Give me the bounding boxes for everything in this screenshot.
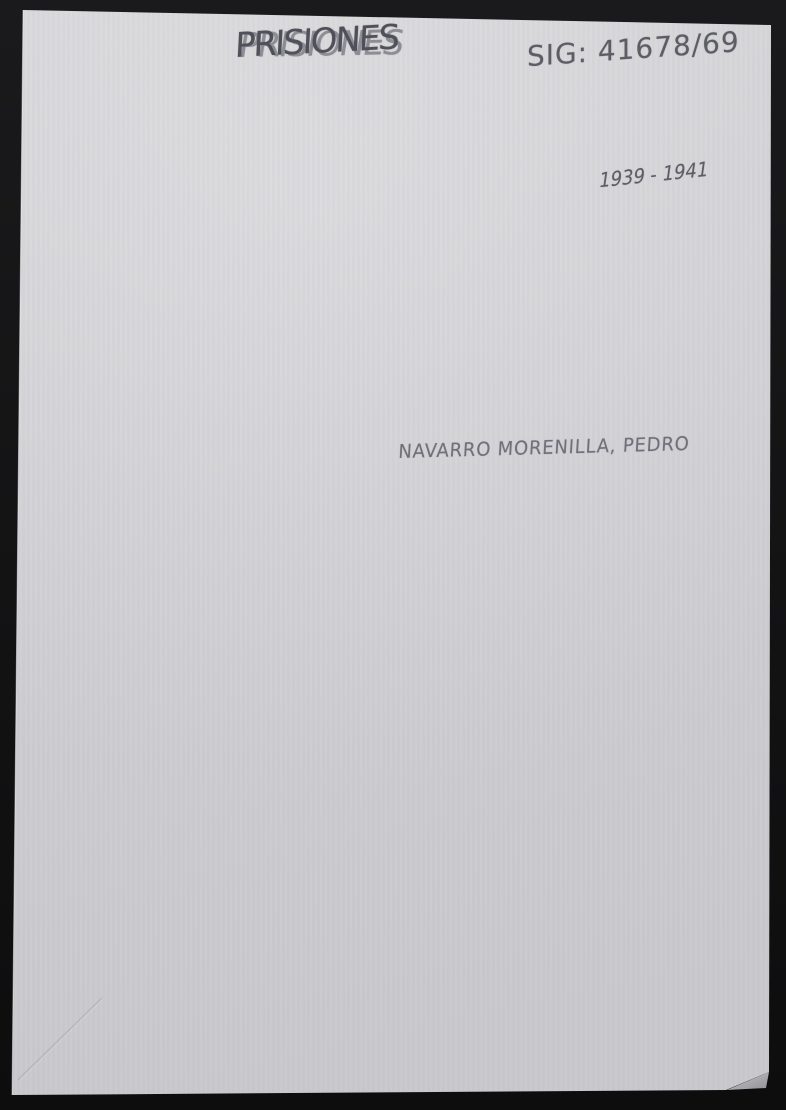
series-title-scribble: PRISIONES PRISIONES	[234, 16, 437, 82]
photo-backdrop: PRISIONES PRISIONES SIG: 41678/69 1939 -…	[0, 0, 786, 1110]
series-title-overstrike: PRISIONES	[236, 23, 405, 66]
